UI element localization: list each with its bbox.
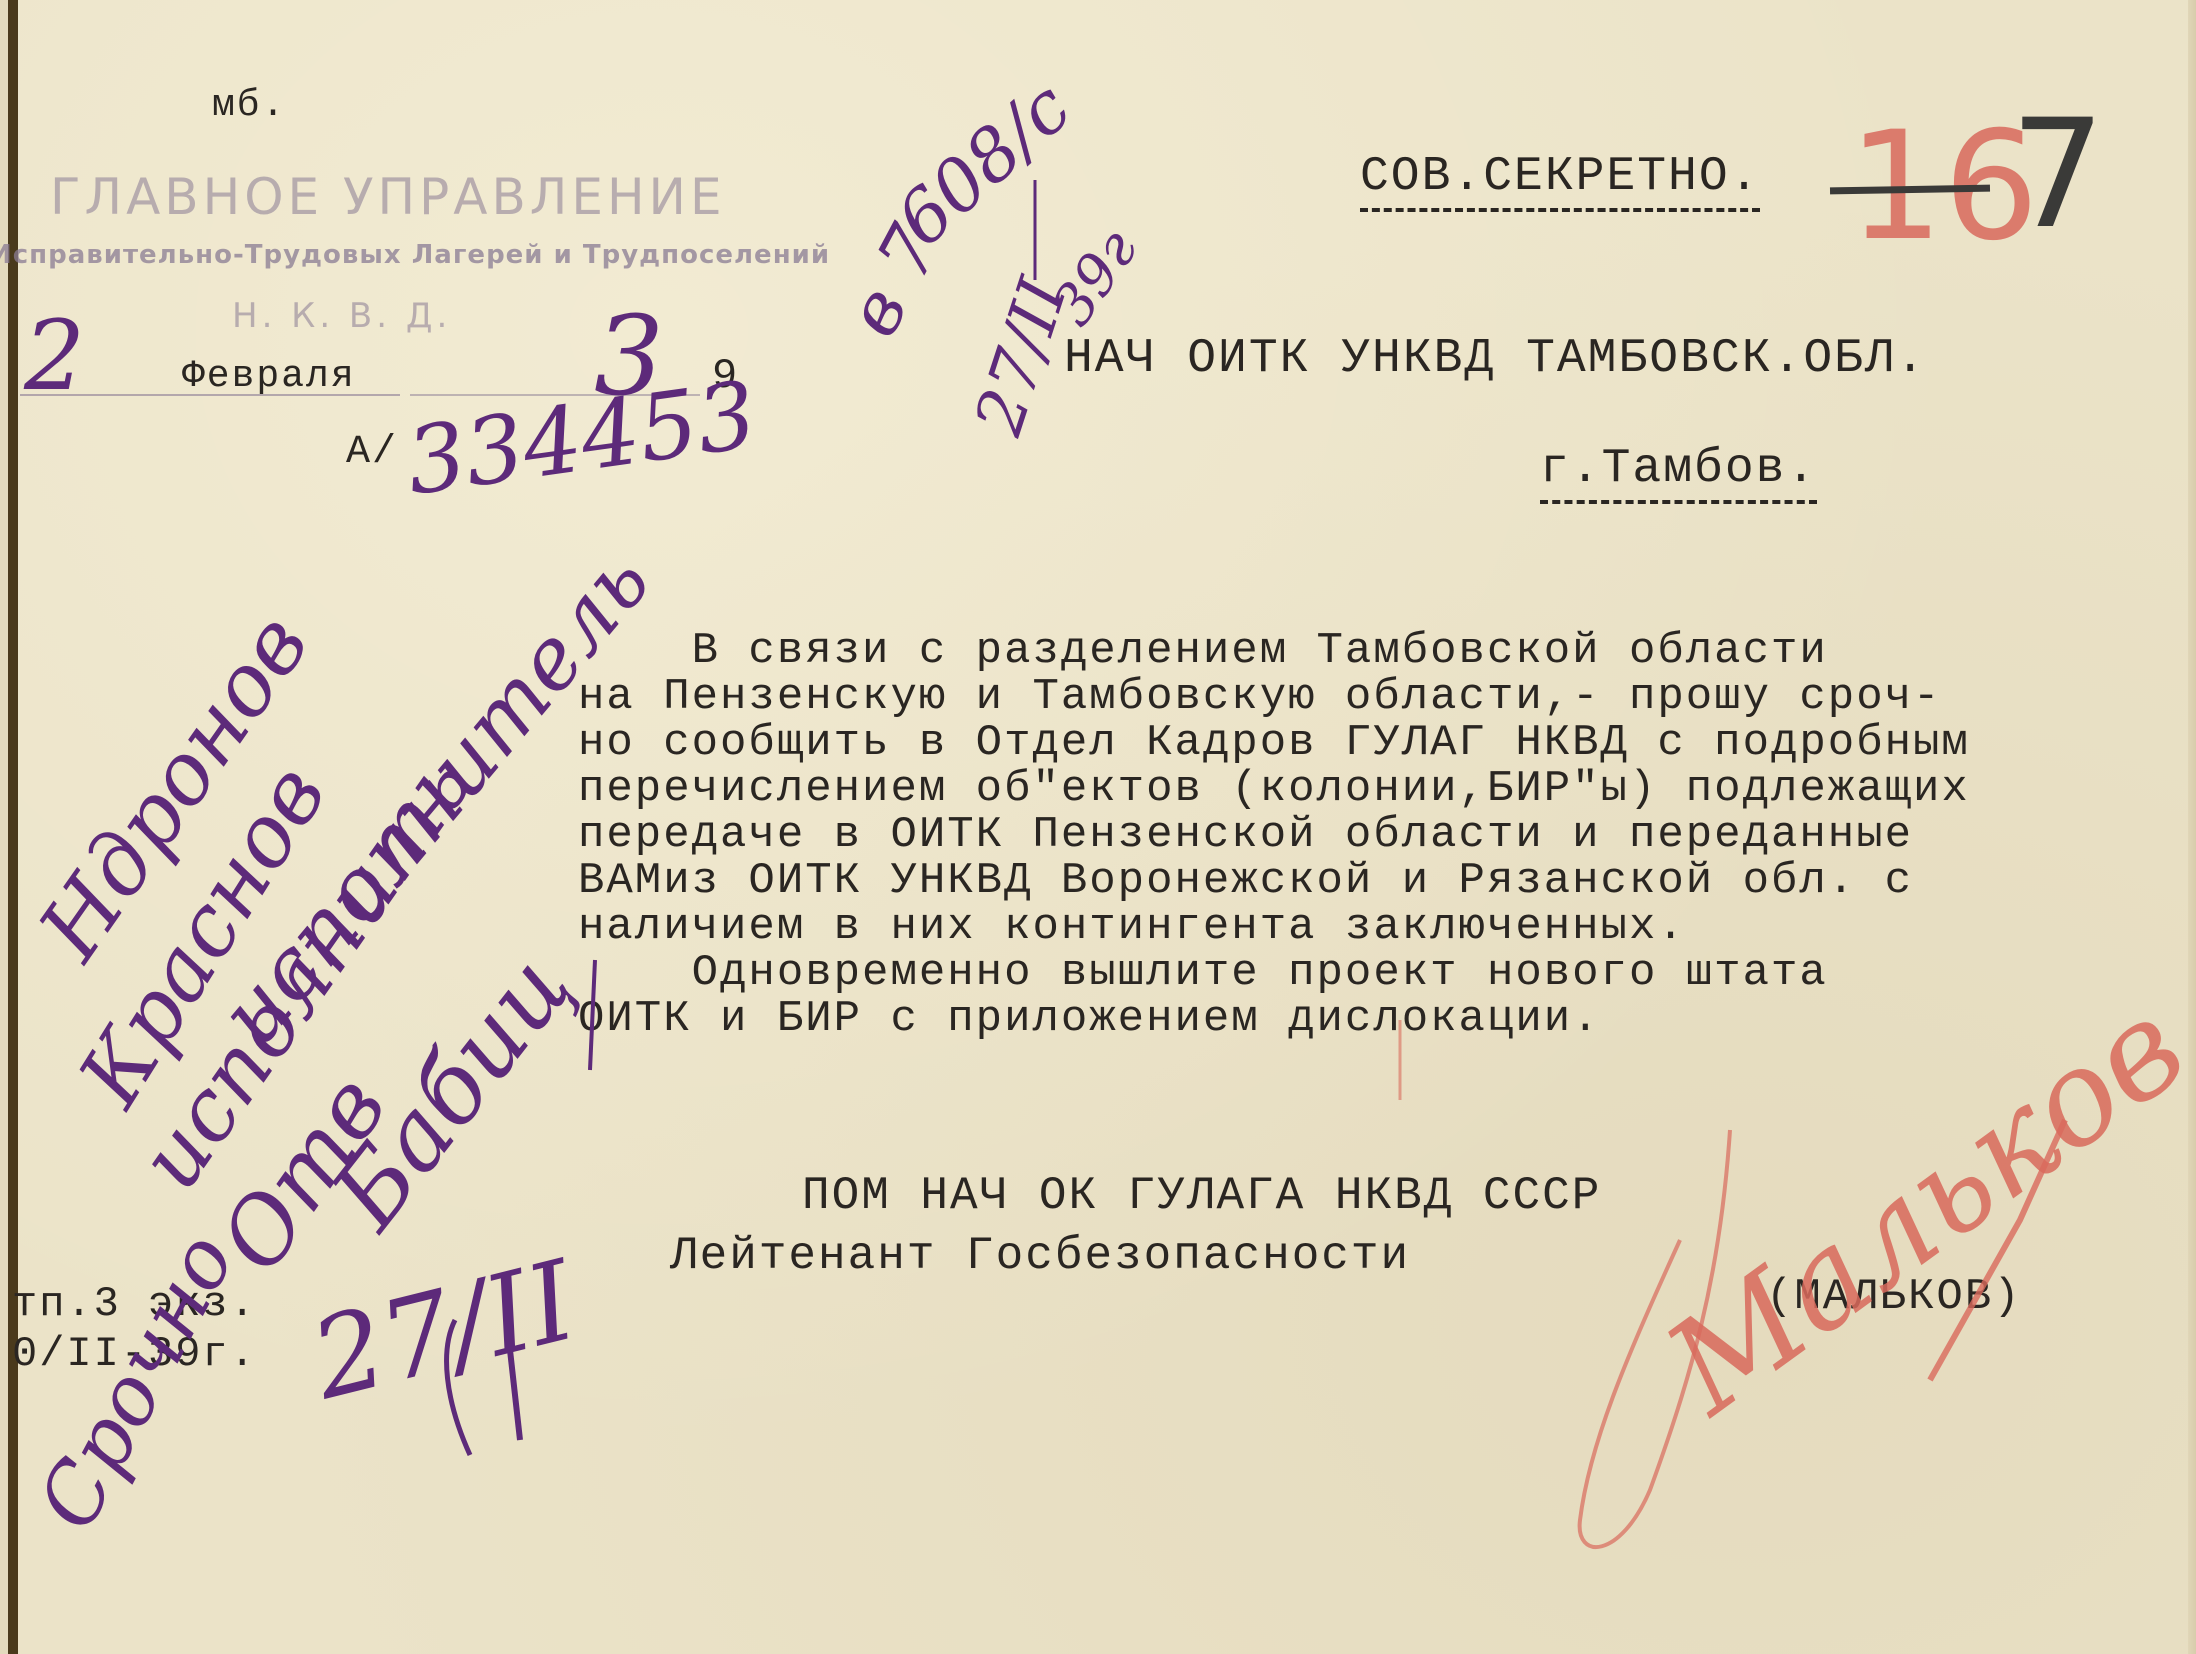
page-number-current: 7: [2010, 88, 2105, 262]
date-month: Февраля: [182, 355, 356, 398]
typist-initials: мб.: [212, 84, 286, 127]
body-line: ОИТК и БИР с приложением дислокации.: [578, 996, 1970, 1042]
body-line: Одновременно вышлите проект нового штата: [578, 950, 1970, 996]
reference-prefix: А/: [346, 430, 398, 475]
signatory-rank: Лейтенант Госбезопасности: [670, 1230, 1410, 1282]
handwritten-day: 2: [24, 300, 85, 412]
body-line: но сообщить в Отдел Кадров ГУЛАГ НКВД с …: [578, 720, 1970, 766]
signatory-title: ПОМ НАЧ ОК ГУЛАГА НКВД СССР: [802, 1170, 1601, 1222]
classification-label: СОВ.СЕКРЕТНО.: [1360, 150, 1760, 212]
addressee-city: г.Тамбов.: [1540, 442, 1817, 504]
body-line: передаче в ОИТК Пензенской области и пер…: [578, 812, 1970, 858]
addressee-line-1: НАЧ ОИТК УНКВД ТАМБОВСК.ОБЛ.: [1064, 332, 1927, 386]
letterhead-line-1: ГЛАВНОЕ УПРАВЛЕНИЕ: [50, 168, 726, 226]
letterhead-line-2: Исправительно-Трудовых Лагерей и Трудпос…: [0, 240, 830, 270]
page-right-edge: [2188, 0, 2196, 1654]
body-line: ВАМиз ОИТК УНКВД Воронежской и Рязанской…: [578, 858, 1970, 904]
body-line: наличием в них контингента заключенных.: [578, 904, 1970, 950]
letter-body: В связи с разделением Тамбовской области…: [578, 628, 1970, 1042]
letterhead-line-3: Н. К. В. Д.: [232, 296, 451, 336]
body-line: на Пензенскую и Тамбовскую области,- про…: [578, 674, 1970, 720]
body-line: В связи с разделением Тамбовской области: [578, 628, 1970, 674]
body-line: перечислением об"ектов (колонии,БИР"ы) п…: [578, 766, 1970, 812]
